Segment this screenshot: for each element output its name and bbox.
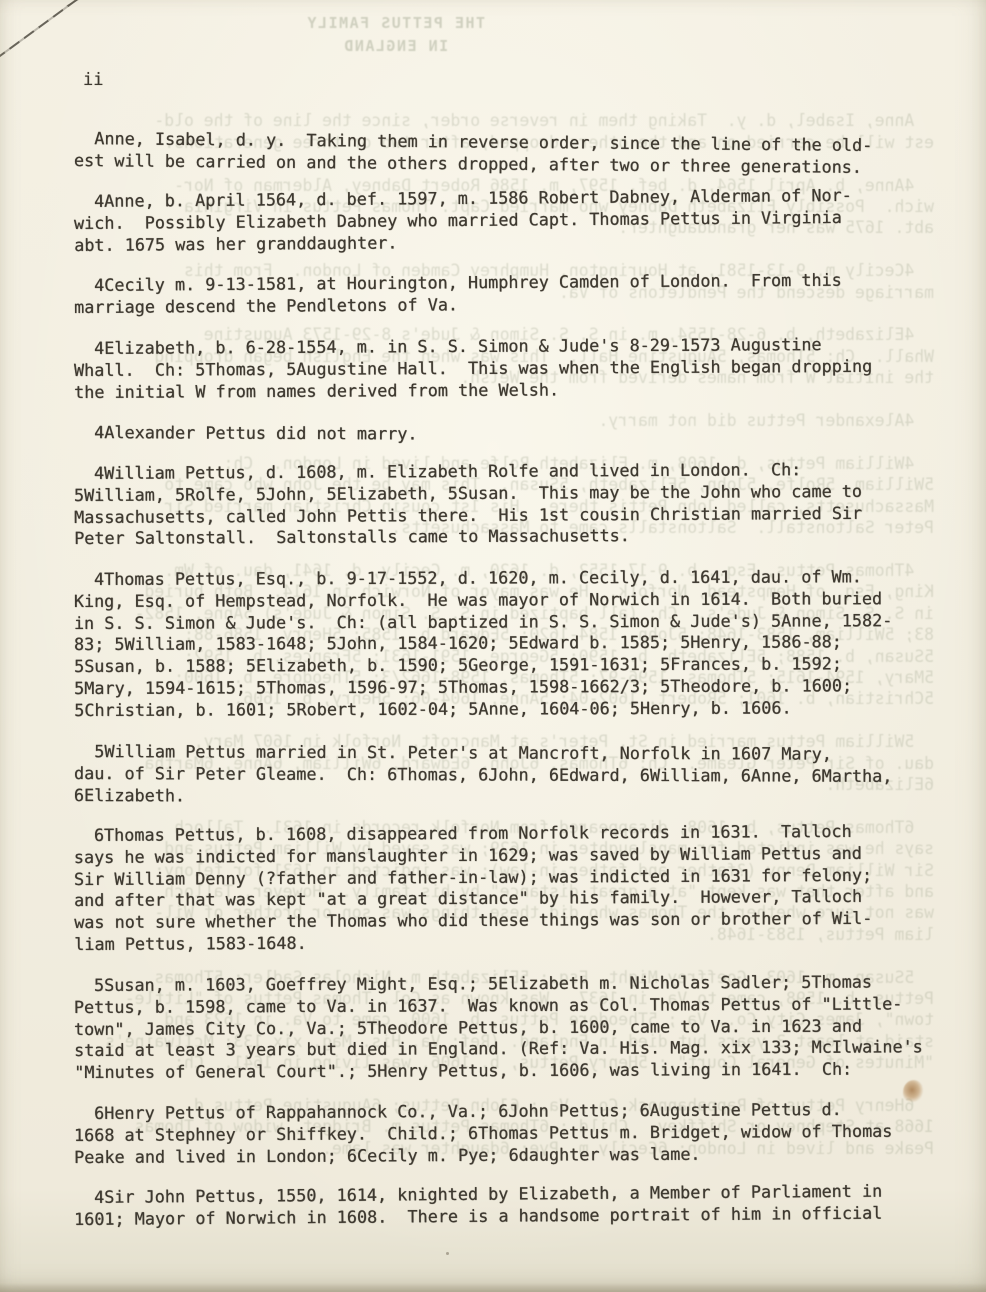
- paper-speck: [446, 1252, 449, 1255]
- page-number: ii: [83, 70, 103, 90]
- paragraph-4anne: 4Anne, b. April 1564, d. bef. 1597, m. 1…: [74, 184, 934, 256]
- document-text-block: Anne, Isabel, d. y. Taking them in rever…: [74, 128, 934, 1250]
- paragraph-5susan-siblings: 5Susan, m. 1603, Goeffrey Might, Esq.; 5…: [74, 971, 934, 1084]
- bottom-edge-shadow: [0, 1283, 986, 1292]
- paragraph-4alexander: 4Alexander Pettus did not marry.: [74, 422, 934, 448]
- paragraph-intro-reverse-order: Anne, Isabel, d. y. Taking them in rever…: [74, 128, 934, 179]
- paragraph-4elizabeth: 4Elizabeth, b. 6-28-1554, m. in S. S. Si…: [74, 333, 934, 403]
- bleedthrough-title: THE PETTUS FAMILY IN ENGLAND: [288, 12, 503, 58]
- paragraph-6thomas: 6Thomas Pettus, b. 1608, disappeared fro…: [74, 820, 935, 955]
- ink-stain: [903, 1080, 923, 1102]
- paragraph-6henry-children: 6Henry Pettus of Rappahannock Co., Va.; …: [74, 1098, 934, 1168]
- paragraph-5william: 5William Pettus married in St. Peter's a…: [74, 741, 934, 809]
- paragraph-4william: 4William Pettus, d. 1608, m. Elizabeth R…: [74, 458, 934, 550]
- paragraph-4sir-john: 4Sir John Pettus, 1550, 1614, knighted b…: [74, 1180, 934, 1230]
- pencil-crease-mark-tip: [66, 0, 79, 7]
- paragraph-4thomas: 4Thomas Pettus, Esq., b. 9-17-1552, d. 1…: [74, 566, 935, 722]
- paragraph-4cecily: 4Cecily m. 9-13-1581, at Hourington, Hum…: [74, 269, 934, 319]
- scanned-typewritten-page: THE PETTUS FAMILY IN ENGLAND Anne, Isabe…: [0, 0, 986, 1292]
- pencil-crease-mark: [0, 0, 78, 58]
